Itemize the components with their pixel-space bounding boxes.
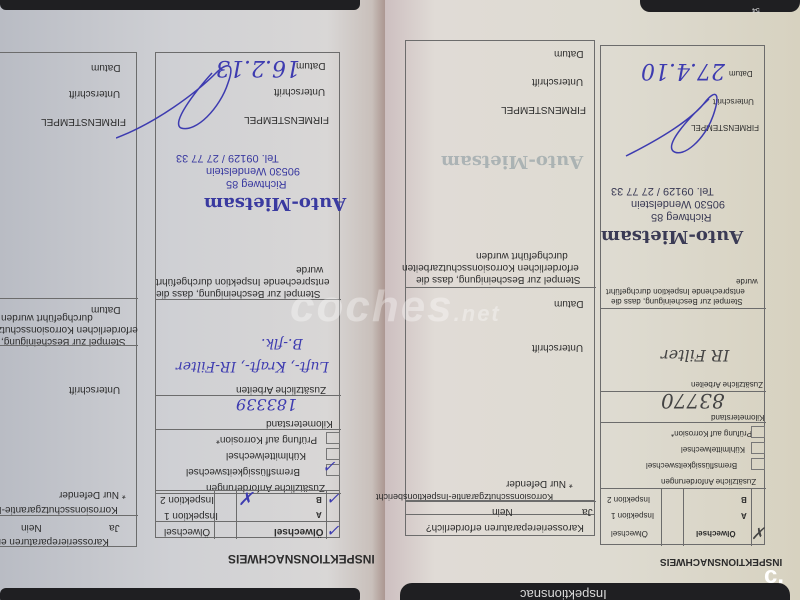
label-oelwechsel-bold: Ölwechsel [696, 528, 736, 538]
karosserie-question-box: Ja Nein Karosseriereparaturen erforderli… [405, 500, 595, 536]
label-row-a: A [316, 509, 322, 519]
label-karosserie-frage: Karosseriereparaturen erforderlich? [426, 521, 584, 533]
checkmark-inspektion-2: ✗ [238, 489, 253, 510]
watermark: coches.net [290, 282, 501, 332]
page-number: 54 [752, 6, 760, 13]
label-unterschrift-2: Unterschrift [532, 341, 583, 353]
label-stempel-korrosion-2: erforderlichen Korrosionsschutzarbeiten [402, 261, 579, 273]
checkbox-kuehlmittel[interactable] [751, 442, 765, 454]
label-inspektion-2: Inspektion 2 [160, 493, 214, 505]
label-oelwechsel: Ölwechsel [611, 528, 648, 538]
label-pruefung-korrosion: Prüfung auf Korrosion* [671, 428, 752, 438]
label-stempel-korrosion-3: durchgeführt wurden [1, 311, 93, 323]
label-firmenstempel: FIRMENSTEMPEL [501, 103, 586, 115]
label-kuehlmittelwechsel: Kühlmittelwechsel [226, 449, 306, 461]
label-nein: Nein [492, 505, 513, 517]
label-bremsfluessigkeit: Bremsflüssigkeitswechsel [186, 465, 300, 477]
stamp-street: Richtweg 85 [226, 178, 287, 190]
corrosion-form-right-page: Datum Unterschrift FIRMENSTEMPEL Auto-Mi… [405, 40, 595, 515]
label-stempel-3: wurde [736, 276, 758, 286]
stamp-phone: Tel. 09129 / 27 77 33 [611, 185, 714, 197]
checkbox-korrosion[interactable] [326, 432, 340, 444]
label-unterschrift: Unterschrift [274, 85, 325, 97]
checkbox-korrosion[interactable] [751, 426, 765, 438]
label-row-b: B [316, 494, 322, 504]
bottom-tab-right: Inspektionsnac [400, 583, 790, 600]
inspection-form-right: Datum 27.4.10 Unterschrift FIRMENSTEMPEL… [600, 45, 765, 545]
label-unterschrift-2: Unterschrift [69, 383, 120, 395]
handwritten-arbeiten-2: B.-flk. [261, 335, 303, 351]
label-unterschrift: Unterschrift [532, 75, 583, 87]
label-stempel-korrosion-2: erforderlichen Korrosionsschutzarbeiten [0, 323, 138, 335]
ghost-stamp-company: Auto-Mietsam [441, 151, 583, 172]
label-oelwechsel: Ölwechsel [164, 525, 210, 537]
stamp-city: 90530 Wendelstein [631, 198, 725, 210]
label-ja: Ja [109, 521, 120, 533]
corner-logo: c. [764, 562, 784, 590]
label-nur-defender: * Nur Defender [506, 477, 573, 489]
stamp-phone: Tel. 09129 / 27 77 33 [176, 152, 279, 164]
handwritten-arbeiten-1: Luft-, Kraft-, IR-Filter [176, 358, 329, 374]
stamp-street: Richtweg 85 [651, 211, 712, 223]
handwritten-date: 27.4.10 [641, 58, 725, 83]
label-zusaetzliche-anforderungen: Zusätzliche Anforderungen [661, 476, 756, 486]
signature [621, 81, 731, 161]
handwritten-arbeiten-1: IR Filter [661, 346, 729, 365]
stamp-company: Auto-Mietsam [601, 226, 743, 247]
label-stempel-1: Stempel zur Bescheinigung, dass die [611, 296, 743, 306]
top-tab-right [640, 0, 800, 12]
label-inspektion-1: Inspektion 1 [611, 510, 654, 520]
label-oelwechsel-bold: Ölwechsel [274, 525, 323, 537]
handwritten-kilometerstand: 83770 [661, 389, 725, 413]
label-ja: Ja [582, 505, 593, 517]
handwritten-kilometerstand: 183339 [236, 395, 297, 414]
stamp-company: Auto-Mietsam [204, 193, 346, 214]
checkmark-oelwechsel: ✗ [751, 524, 764, 543]
label-datum: Datum [554, 47, 583, 59]
label-stempel-korrosion-3: durchgeführt wurden [476, 249, 568, 261]
service-type-table-left: Inspektion 2 B Inspektion 1 A Ölwechsel … [155, 490, 340, 538]
label-datum: Datum [729, 68, 753, 78]
label-firmenstempel: FIRMENSTEMPEL [41, 115, 126, 127]
label-korrosion-bericht: Korrosionsschutzgarantie-Inspektionsberi… [0, 503, 118, 515]
label-unterschrift: Unterschrift [69, 87, 120, 99]
label-bremsfluessigkeit: Bremsflüssigkeitswechsel [646, 460, 737, 470]
label-nein: Nein [21, 521, 42, 533]
watermark-suffix: .net [454, 301, 501, 326]
signature [116, 53, 256, 143]
label-inspektion-1: Inspektion 1 [164, 509, 218, 521]
checkbox-bremsfluessigkeit[interactable] [751, 458, 765, 470]
checkmark-oelwechsel: ✓ [326, 521, 339, 540]
bottom-tab-left [0, 588, 360, 600]
tab-label-inspektion: Inspektionsnac [520, 587, 607, 600]
label-karosserie-frage: Karosseriereparaturen erforderlich? [0, 535, 109, 547]
watermark-text: coches [290, 282, 454, 331]
label-kilometerstand: Kilometerstand [266, 417, 333, 429]
label-zusaetzliche-arbeiten: Zusätzliche Arbeiten [236, 383, 326, 395]
label-datum-2: Datum [554, 297, 583, 309]
top-tab-left [0, 0, 360, 10]
photo-scene: Datum Unterschrift FIRMENSTEMPEL Datum S… [0, 0, 800, 600]
label-row-b: B [741, 494, 747, 504]
checkmark-b: ✓ [326, 489, 339, 508]
checkmark-bremsfluessigkeit: ✓ [322, 457, 335, 476]
label-datum-2: Datum [91, 303, 120, 315]
stamp-city: 90530 Wendelstein [206, 165, 300, 177]
label-datum: Datum [296, 59, 325, 71]
label-stempel-2: entsprechende Inspektion durchgeführt [606, 286, 745, 296]
section-title-left: INSPEKTIONSNACHWEIS [228, 553, 375, 565]
label-zusaetzliche-arbeiten: Zusätzliche Arbeiten [691, 379, 763, 389]
label-nur-defender: * Nur Defender [59, 488, 126, 500]
label-kuehlmittelwechsel: Kühlmittelwechsel [681, 444, 745, 454]
label-row-a: A [741, 510, 747, 520]
label-inspektion-2: Inspektion 2 [607, 494, 650, 504]
label-pruefung-korrosion: Prüfung auf Korrosion* [216, 433, 317, 445]
label-firmenstempel: FIRMENSTEMPEL [244, 113, 329, 125]
label-kilometerstand: Kilometerstand [711, 412, 764, 422]
label-stempel-3: wurde [296, 263, 323, 275]
